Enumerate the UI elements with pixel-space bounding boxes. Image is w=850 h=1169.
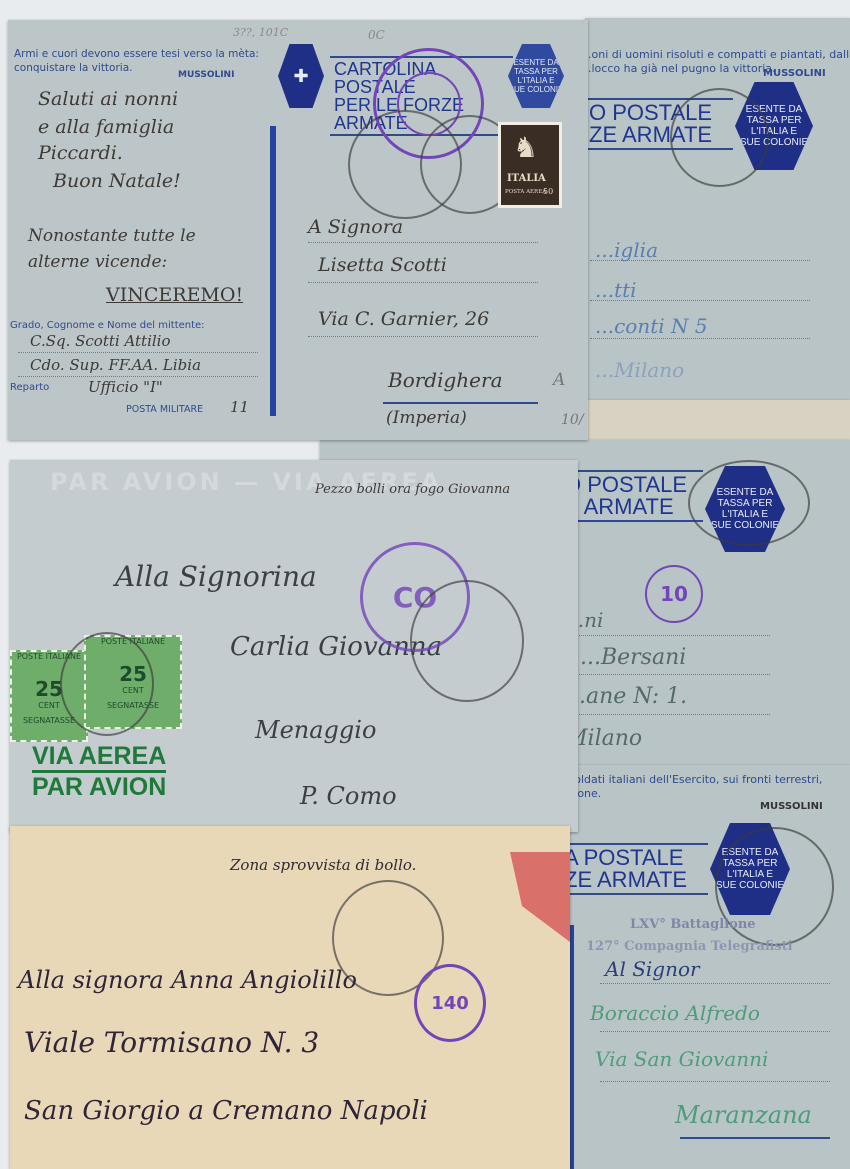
address-line: Lisetta Scotti <box>318 254 447 276</box>
motto-author: MUSSOLINI <box>760 801 823 812</box>
title-line-1: O POSTALE <box>564 474 699 496</box>
address-line: ...tti <box>595 278 637 302</box>
envelope-note: Pezzo bolli ora fogo Giovanna <box>315 482 510 497</box>
exempt-badge: ESENTE DA TASSA PER L'ITALIA E SUE COLON… <box>508 44 564 108</box>
postmark <box>60 632 154 736</box>
message-line: Nonostante tutte le <box>28 226 196 246</box>
divider-line <box>270 126 276 416</box>
sender-label: Grado, Cognome e Nome del mittente: <box>10 320 205 331</box>
posta-militare-number: 11 <box>230 398 249 416</box>
postmark <box>670 88 769 187</box>
address-line: Boraccio Alfredo <box>590 1001 760 1025</box>
censor-stamp: 140 <box>414 964 486 1042</box>
pegasus-icon: ♞ <box>513 131 538 164</box>
address-line: Maranzana <box>675 1101 812 1129</box>
corner-note: 0C <box>368 28 385 42</box>
address-rule <box>560 674 770 675</box>
motto-author: MUSSOLINI <box>763 68 826 79</box>
cross-icon: ✚ <box>278 71 324 82</box>
address-rule <box>560 635 770 636</box>
address-rule <box>590 300 810 301</box>
savoy-crest: ✚ <box>278 44 324 108</box>
airmail-label: VIA AEREA PAR AVION <box>32 742 166 801</box>
stamp-value: 50 <box>543 187 553 196</box>
divider-line <box>570 925 574 1169</box>
message-line: Buon Natale! <box>53 170 181 192</box>
paper-strip <box>585 400 850 440</box>
motto-line-2: ...locco ha già nel pugno la vittoria. <box>585 62 776 75</box>
message-line: Saluti ai nonni <box>38 88 178 110</box>
margin-note: 10/ <box>561 412 584 428</box>
message-line: e alla famiglia <box>38 116 174 138</box>
address-rule <box>600 1031 830 1032</box>
sender-rule <box>18 376 258 377</box>
address-rule <box>308 336 538 337</box>
corner-note: 3??, 101C <box>233 26 288 39</box>
cream-envelope: Zona sprovvista di bollo. 140 Alla signo… <box>10 826 570 1169</box>
unit-stamp-line-1: LXV° Battaglione <box>630 917 756 932</box>
address-rule <box>308 242 538 243</box>
address-line: ...iglia <box>595 238 658 262</box>
title-line-2: E ARMATE <box>564 496 699 518</box>
address-line: A Signora <box>308 216 403 238</box>
address-line: Bordighera <box>388 368 503 392</box>
address-rule <box>600 983 830 984</box>
address-rule <box>308 282 538 283</box>
address-line: Al Signor <box>605 957 700 981</box>
stamp-label: POSTA AEREA <box>505 189 546 195</box>
motto-line-1: Armi e cuori devono essere tesi verso la… <box>14 48 259 60</box>
airmail-line-2: PAR AVION <box>32 773 166 801</box>
address-line: Viale Tormisano N. 3 <box>24 1026 319 1059</box>
title-line-1: A POSTALE <box>564 847 704 869</box>
wax-seal-fragment <box>510 852 570 942</box>
sender-line: C.Sq. Scotti Attilio <box>30 332 171 350</box>
address-line: ...Bersani <box>580 645 686 670</box>
stamp-country: ITALIA <box>507 173 546 184</box>
exempt-line: TASSA PER <box>508 67 564 76</box>
motto-line-2: conquistare la vittoria. <box>14 62 132 74</box>
card-title: A POSTALE ZE ARMATE <box>560 843 708 895</box>
address-line: ...ane N: 1. <box>565 684 687 709</box>
title-line-2: ZE ARMATE <box>564 869 704 891</box>
censor-stamp: 10 <box>645 565 703 623</box>
address-line: San Giorgio a Cremano Napoli <box>24 1096 428 1126</box>
motto-line-1: ...soldati italiani dell'Esercito, sui f… <box>560 773 822 786</box>
address-line: Alla Signorina <box>115 560 317 593</box>
card-title: O POSTALE E ARMATE <box>560 470 703 522</box>
message-line: VINCEREMO! <box>106 284 243 306</box>
address-line: Via C. Garnier, 26 <box>318 308 489 330</box>
airmail-line-1: VIA AEREA <box>32 742 166 773</box>
address-rule <box>590 260 810 261</box>
postmark <box>410 580 524 702</box>
motto-line-1: ...oni di uomini risoluti e compatti e p… <box>585 48 850 61</box>
postmark <box>688 460 810 546</box>
sender-rule <box>18 352 258 353</box>
address-rule <box>383 402 538 404</box>
postcard-1: 3??, 101C 0C Armi e cuori devono essere … <box>8 20 588 440</box>
address-line: Via San Giovanni <box>595 1047 768 1071</box>
address-line: P. Como <box>300 782 397 810</box>
envelope-note: Zona sprovvista di bollo. <box>230 856 416 874</box>
postcard-2: ...oni di uomini risoluti e compatti e p… <box>585 18 850 400</box>
address-rule <box>560 714 770 715</box>
address-line: Menaggio <box>255 716 376 744</box>
exempt-line: SUE COLONIE <box>508 85 564 94</box>
address-line: ...Milano <box>595 358 684 382</box>
motto-author: MUSSOLINI <box>178 70 234 80</box>
sender-line: Ufficio "I" <box>88 378 163 396</box>
airmail-stamp: ♞ ITALIA POSTA AEREA 50 <box>498 122 562 208</box>
address-rule <box>680 1137 830 1139</box>
sender-line: Cdo. Sup. FF.AA. Libia <box>30 356 201 374</box>
margin-note: A <box>553 370 565 390</box>
address-rule <box>600 1081 830 1082</box>
postcard-6: ...soldati italiani dell'Esercito, sui f… <box>560 765 850 1169</box>
address-rule <box>590 338 810 339</box>
posta-militare-label: POSTA MILITARE <box>126 404 203 415</box>
message-line: alterne vicende: <box>28 252 167 272</box>
reparto-label: Reparto <box>10 382 49 393</box>
address-line: ...conti N 5 <box>595 314 708 338</box>
address-line: (Imperia) <box>386 408 467 428</box>
address-line: Alla signora Anna Angiolillo <box>18 966 357 994</box>
message-line: Piccardi. <box>38 142 123 164</box>
exempt-line: L'ITALIA E <box>508 76 564 85</box>
exempt-line: ESENTE DA <box>508 58 564 67</box>
unit-stamp-line-2: 127° Compagnia Telegrafisti <box>586 939 793 954</box>
airmail-envelope: PAR AVION — VIA AEREA Pezzo bolli ora fo… <box>10 460 578 832</box>
